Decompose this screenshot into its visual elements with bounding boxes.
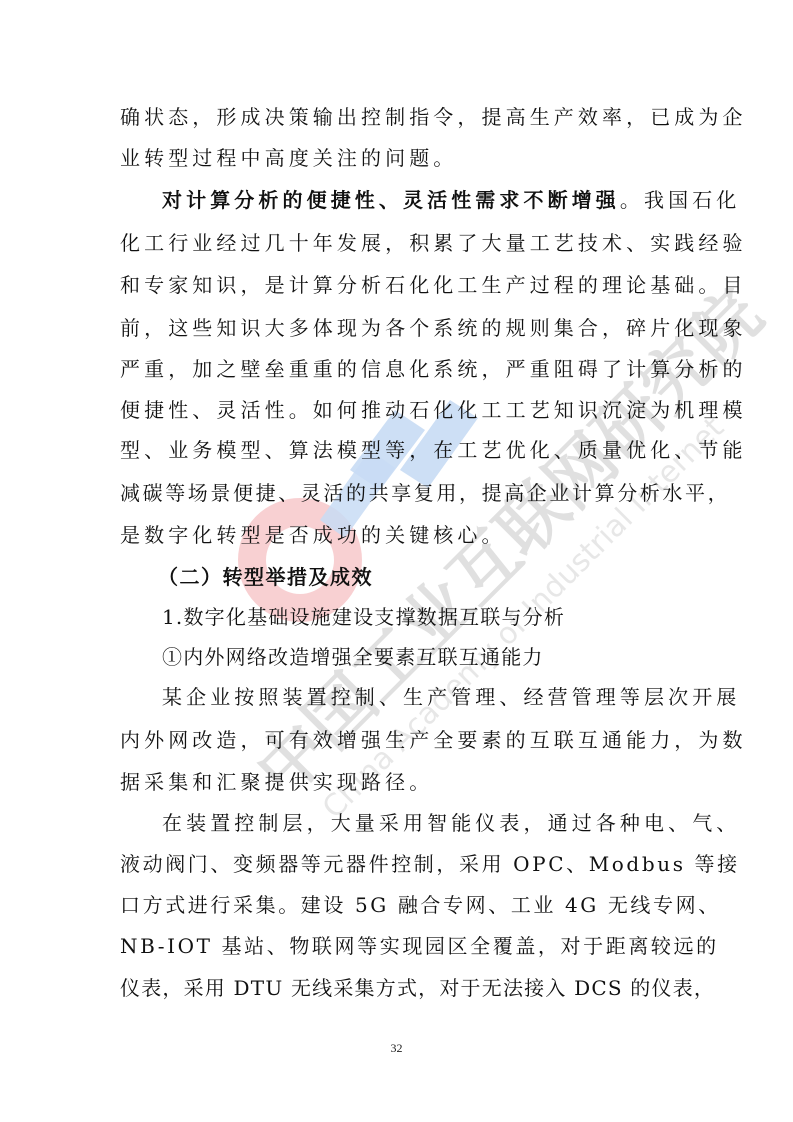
subheading-2: ①内外网络改造增强全要素互联互通能力: [162, 645, 712, 669]
text-line: 型、业务模型、算法模型等，在工艺优化、质量优化、节能: [120, 438, 670, 462]
text-line: 业转型过程中高度关注的问题。: [120, 146, 670, 170]
text-line: 是数字化转型是否成功的关键核心。: [120, 523, 670, 547]
text-line: 化工行业经过几十年发展，积累了大量工艺技术、实践经验: [120, 231, 670, 255]
page-number: 32: [0, 1041, 793, 1056]
bold-lead-text: 对计算分析的便捷性、灵活性需求不断增强: [162, 188, 620, 212]
lead-tail-text: 。我国石化: [620, 188, 741, 212]
text-line: 减碳等场景便捷、灵活的共享复用，提高企业计算分析水平，: [120, 481, 670, 505]
text-line: 确状态，形成决策输出控制指令，提高生产效率，已成为企: [120, 105, 670, 129]
text-line: NB-IOT 基站、物联网等实现园区全覆盖，对于距离较远的: [120, 934, 670, 958]
text-line: 对计算分析的便捷性、灵活性需求不断增强。我国石化: [162, 188, 670, 212]
section-heading: （二）转型举措及成效: [158, 565, 708, 589]
text-line: 前，这些知识大多体现为各个系统的规则集合，碎片化现象: [120, 316, 670, 340]
subheading-1: 1.数字化基础设施建设支撑数据互联与分析: [162, 605, 712, 629]
text-line: 便捷性、灵活性。如何推动石化化工工艺知识沉淀为机理模: [120, 398, 670, 422]
text-line: 内外网改造，可有效增强生产全要素的互联互通能力，为数: [120, 728, 670, 752]
text-line: 液动阀门、变频器等元器件控制，采用 OPC、Modbus 等接: [120, 852, 670, 876]
text-line: 某企业按照装置控制、生产管理、经营管理等层次开展: [162, 685, 670, 709]
text-line: 据采集和汇聚提供实现路径。: [120, 770, 670, 794]
text-line: 和专家知识，是计算分析石化化工生产过程的理论基础。目: [120, 273, 670, 297]
text-line: 口方式进行采集。建设 5G 融合专网、工业 4G 无线专网、: [120, 893, 670, 917]
text-line: 严重，加之壁垒重重的信息化系统，严重阻碍了计算分析的: [120, 357, 670, 381]
document-page: 中国工业互联网研究院 China Academy of Industrial I…: [0, 0, 793, 1122]
text-line: 在装置控制层，大量采用智能仪表，通过各种电、气、: [162, 811, 670, 835]
text-line: 仪表，采用 DTU 无线采集方式，对于无法接入 DCS 的仪表，: [120, 976, 670, 1000]
